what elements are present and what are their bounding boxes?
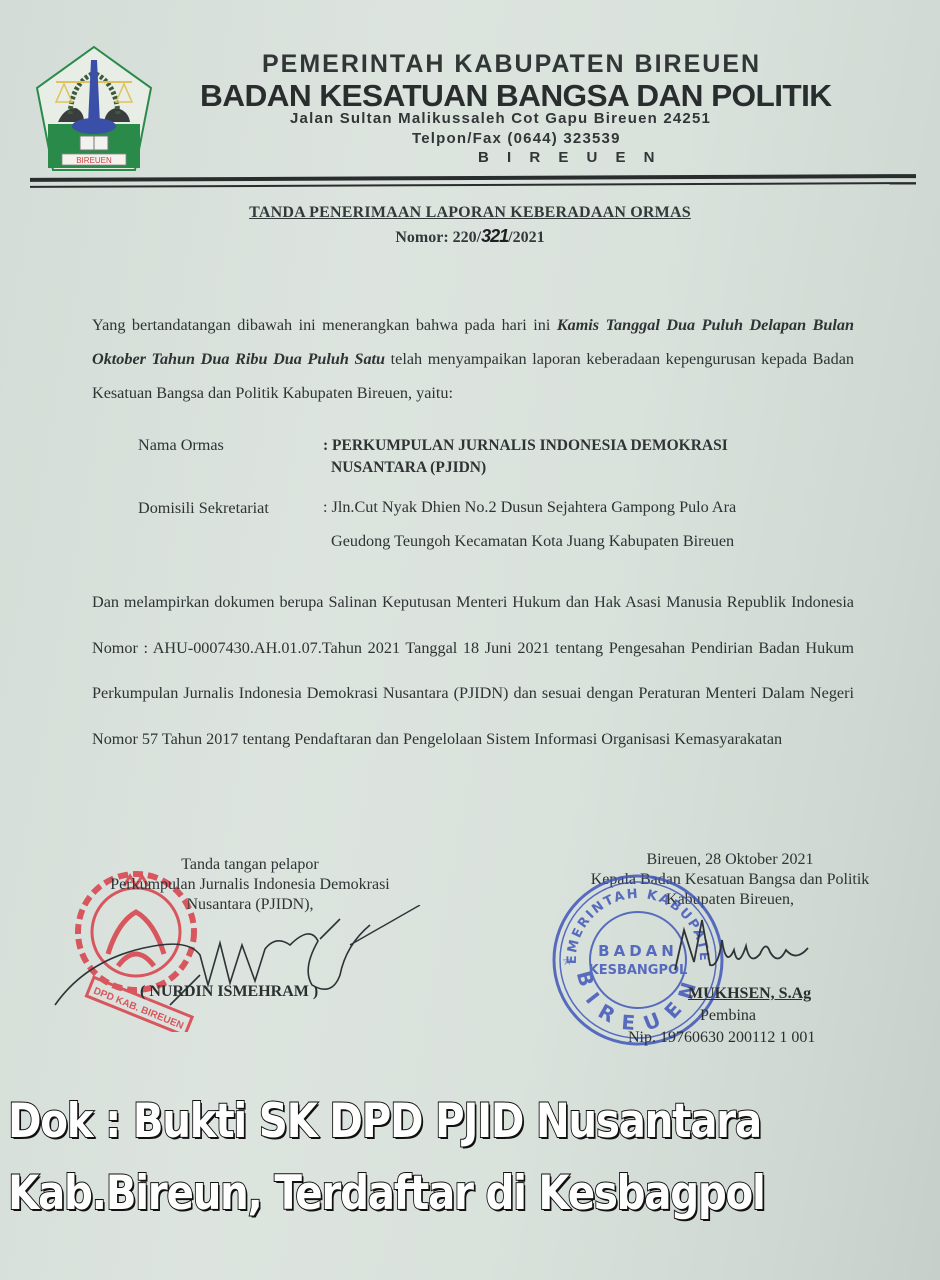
reporter-signature-block: Tanda tangan pelapor Perkumpulan Jurnali…	[40, 855, 460, 915]
reporter-signature	[50, 905, 440, 1020]
official-signature-block: Bireuen, 28 Oktober 2021 Kepala Badan Ke…	[550, 850, 910, 910]
official-rank: Pembina	[700, 1007, 756, 1025]
official-signature	[670, 910, 830, 985]
letterhead-divider-thin	[30, 182, 916, 188]
field-value-domisili-2: Geudong Teungoh Kecamatan Kota Juang Kab…	[331, 532, 871, 551]
official-position: Kepala Badan Kesatuan Bangsa dan Politik	[550, 870, 910, 890]
svg-text:KESBANGPOL: KESBANGPOL	[589, 963, 688, 978]
official-name: MUKHSEN, S.Ag	[688, 985, 811, 1003]
place-date: Bireuen, 28 Oktober 2021	[550, 850, 910, 870]
svg-text:BIREUEN: BIREUEN	[572, 968, 705, 1036]
field-label-domisili: Domisili Sekretariat	[138, 499, 269, 518]
field-label-nama-ormas: Nama Ormas	[138, 436, 224, 455]
reporter-caption: Tanda tangan pelapor	[40, 855, 460, 875]
handwritten-number: 321	[481, 226, 508, 246]
svg-text:☆: ☆	[562, 954, 573, 968]
letterhead-agency: BADAN KESATUAN BANGSA DAN POLITIK	[200, 78, 832, 114]
field-value-nama-ormas-1: : PERKUMPULAN JURNALIS INDONESIA DEMOKRA…	[323, 437, 863, 455]
letterhead-divider	[30, 174, 916, 182]
letterhead-city: B I R E U E N	[478, 149, 662, 166]
caption-line-1: Dok : Bukti SK DPD PJID Nusantara	[8, 1094, 816, 1149]
attachment-paragraph: Dan melampirkan dokumen berupa Salinan K…	[92, 580, 854, 762]
reporter-organization: Perkumpulan Jurnalis Indonesia Demokrasi	[40, 875, 460, 895]
bireuen-regency-logo: BIREUEN	[34, 44, 154, 174]
svg-text:BADAN: BADAN	[598, 942, 678, 960]
letterhead-phone: Telpon/Fax (0644) 323539	[412, 130, 621, 147]
caption-line-2: Kab.Bireun, Terdaftar di Kesbagpol	[8, 1166, 816, 1221]
official-nip: Nip. 19760630 200112 1 001	[628, 1029, 815, 1047]
reporter-organization-cont: Nusantara (PJIDN),	[40, 895, 460, 915]
field-value-domisili-1: : Jln.Cut Nyak Dhien No.2 Dusun Sejahter…	[323, 498, 863, 517]
field-value-nama-ormas-2: NUSANTARA (PJIDN)	[331, 459, 871, 477]
letterhead-address: Jalan Sultan Malikussaleh Cot Gapu Bireu…	[290, 110, 711, 127]
official-position-cont: Kabupaten Bireuen,	[550, 890, 910, 910]
letterhead-government: PEMERINTAH KABUPATEN BIREUEN	[262, 50, 761, 79]
document-title: TANDA PENERIMAAN LAPORAN KEBERADAAN ORMA…	[0, 204, 940, 222]
svg-text:BIREUEN: BIREUEN	[76, 156, 112, 165]
intro-paragraph: Yang bertandatangan dibawah ini menerang…	[92, 308, 854, 410]
document-number: Nomor: 220/321/2021	[0, 226, 940, 247]
reporter-name: ( NURDIN ISMEHRAM )	[140, 983, 318, 1001]
